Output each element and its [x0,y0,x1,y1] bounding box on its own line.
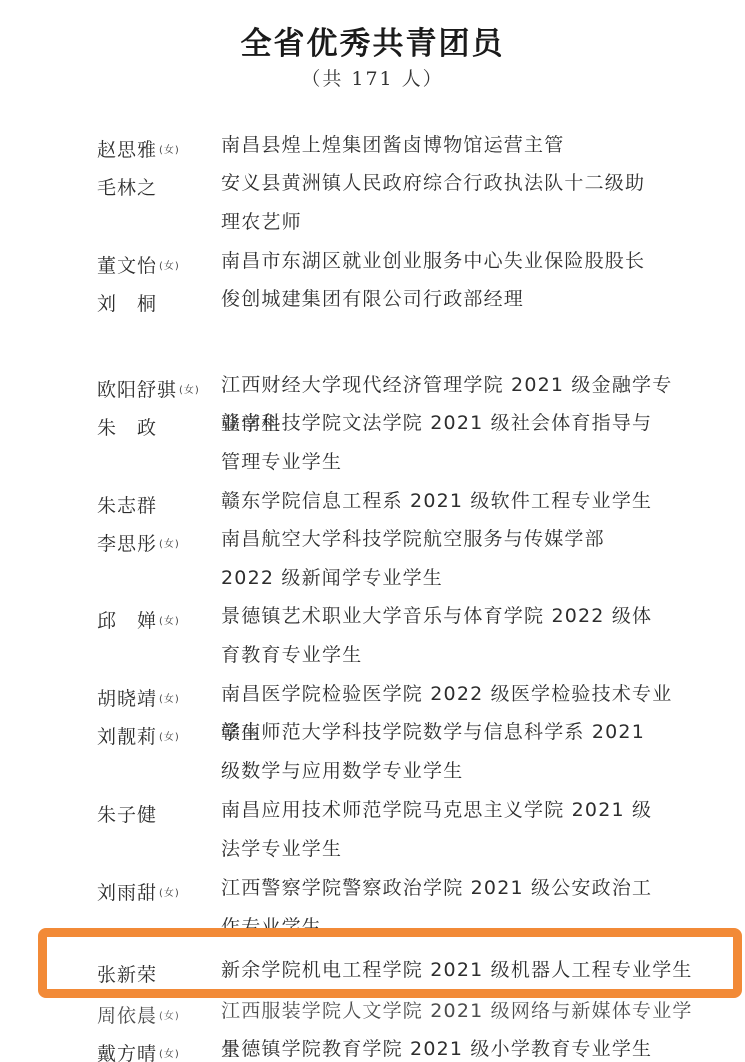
honoree-name: 刘 桐 [97,289,159,316]
honoree-name: 朱子健 [97,800,159,827]
honoree-name: 刘雨甜(女) [97,878,180,905]
honoree-description: 江西警察学院警察政治学院 2021 级公安政治工作专业学生 [221,869,661,929]
honoree-name: 欧阳舒骐(女) [97,375,200,402]
honoree-description: 南昌应用技术师范学院马克思主义学院 2021 级法学专业学生 [221,791,661,868]
honoree-description: 景德镇学院教育学院 2021 级小学教育专业学生 [221,1030,701,1062]
honoree-description: 赣南科技学院文法学院 2021 级社会体育指导与管理专业学生 [221,404,661,481]
honoree-description: 南昌县煌上煌集团酱卤博物馆运营主管 [221,126,661,165]
page-title: 全省优秀共青团员 [0,18,745,63]
honoree-description: 南昌市东湖区就业创业服务中心失业保险股股长 [221,242,661,281]
honoree-name: 朱志群 [97,491,159,518]
honoree-description: 赣东学院信息工程系 2021 级软件工程专业学生 [221,482,661,521]
honoree-name: 朱 政 [97,413,159,440]
honoree-name: 刘靓莉(女) [97,722,180,749]
honoree-name: 胡晓靖(女) [97,684,180,711]
honoree-description: 新余学院机电工程学院 2021 级机器人工程专业学生 [221,951,701,990]
honoree-name: 毛林之 [97,173,159,200]
honoree-description: 俊创城建集团有限公司行政部经理 [221,280,661,319]
honoree-name: 张新荣 [97,960,159,987]
honoree-name: 李思彤(女) [97,529,180,556]
honoree-name: 周依晨(女) [97,1001,180,1028]
honoree-name: 董文怡(女) [97,251,180,278]
honoree-name: 戴方晴(女) [97,1039,180,1062]
honoree-description: 南昌航空大学科技学院航空服务与传媒学部 2022 级新闻学专业学生 [221,520,661,597]
honoree-description: 安义县黄洲镇人民政府综合行政执法队十二级助理农艺师 [221,164,661,241]
honoree-description: 景德镇艺术职业大学音乐与体育学院 2022 级体育教育专业学生 [221,597,661,674]
page-subtitle: （共 171 人） [0,64,745,91]
honoree-name: 赵思雅(女) [97,135,180,162]
honoree-description: 赣南师范大学科技学院数学与信息科学系 2021 级数学与应用数学专业学生 [221,713,661,790]
honoree-name: 邱 婵(女) [97,606,180,633]
